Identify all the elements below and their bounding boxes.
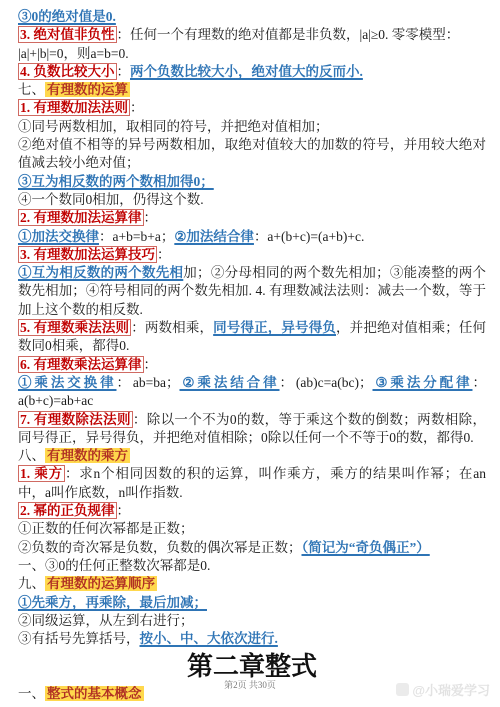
text-run: ： [144, 210, 158, 225]
boxed-heading: 2. 有理数加法运算律 [18, 209, 144, 226]
doc-line: ①互为相反数的两个数先相加；②分母相同的两个数先相加；③能凑整的两个数先相加；④… [18, 264, 486, 319]
key-term: ①先乘方，再乘除，最后加减； [18, 595, 207, 610]
doc-line: 4. 负数比较大小：两个负数比较大小，绝对值大的反而小. [18, 63, 486, 81]
doc-line: 九、有理数的运算顺序 [18, 575, 486, 593]
section-highlight: 有理数的运算 [45, 82, 130, 97]
text-run: ②绝对值不相等的异号两数相加，取绝对值较大的加数的符号，并用较大绝对值减去较小绝… [18, 137, 486, 170]
text-run: ： [130, 100, 144, 115]
text-run: |a|+|b|=0，则a=b=0. [18, 46, 129, 61]
page-number-text: 第2页 共30页 [224, 680, 276, 690]
boxed-heading: 2. 幂的正负规律 [18, 502, 117, 519]
doc-line: ④一个数同0相加，仍得这个数. [18, 191, 486, 209]
text-run: 九、 [18, 576, 45, 591]
text-run: 七、 [18, 82, 45, 97]
text-run: ①正数的任何次幂都是正数； [18, 521, 194, 536]
key-term: ③0的绝对值是0. [18, 9, 116, 24]
doc-line: ③0的绝对值是0. [18, 8, 486, 26]
doc-line: 7. 有理数除法法则：除以一个不为0的数，等于乘这个数的倒数；两数相除，同号得正… [18, 411, 486, 448]
text-run: 一、③0的任何正整数次幂都是0. [18, 558, 210, 573]
text-run: ：求n个相同因数的积的运算，叫作乘方，乘方的结果叫作幂；在an中，a叫作底数，n… [18, 466, 486, 499]
text-run: ：ab=ba； [116, 375, 179, 390]
text-run: ④一个数同0相加，仍得这个数. [18, 192, 204, 207]
document-body: ③0的绝对值是0.3. 绝对值非负性：任何一个有理数的绝对值都是非负数，|a|≥… [0, 0, 500, 704]
text-run: ： [144, 357, 158, 372]
text-run: ： [157, 247, 171, 262]
key-term: ①互为相反数的两个数先相 [18, 265, 183, 280]
doc-line: ②同级运算，从左到右进行； [18, 612, 486, 630]
text-run: ： [117, 503, 131, 518]
doc-line: ③互为相反数的两个数相加得0； [18, 173, 486, 191]
boxed-heading: 6. 有理数乘法运算律 [18, 356, 144, 373]
doc-line: ①乘法交换律：ab=ba；②乘法结合律：(ab)c=a(bc)；③乘法分配律：a… [18, 374, 486, 411]
key-term: ③乘法分配律 [372, 375, 472, 390]
doc-line: ③有括号先算括号，按小、中、大依次进行. [18, 630, 486, 648]
text-run: ①同号两数相加，取相同的符号，并把绝对值相加； [18, 119, 329, 134]
section-highlight: 有理数的运算顺序 [45, 576, 157, 591]
key-term: ①乘法交换律 [18, 375, 116, 390]
doc-line: ①同号两数相加，取相同的符号，并把绝对值相加； [18, 118, 486, 136]
key-term: ②加法结合律 [174, 229, 254, 244]
text-run: ： [117, 64, 131, 79]
watermark: @小瑞爱学习 [396, 680, 490, 699]
doc-line: 1. 有理数加法法则： [18, 99, 486, 117]
boxed-heading: 3. 绝对值非负性 [18, 26, 117, 43]
boxed-heading: 1. 乘方 [18, 465, 65, 482]
watermark-logo-icon [396, 683, 409, 696]
text-run: ②同级运算，从左到右进行； [18, 613, 194, 628]
key-term: ②乘法结合律 [180, 375, 280, 390]
boxed-heading: 4. 负数比较大小 [18, 63, 117, 80]
key-term: 同号得正，异号得负 [213, 320, 336, 335]
text-run: ：a+(b+c)=(a+b)+c. [254, 229, 364, 244]
text-run: 八、 [18, 448, 45, 463]
doc-line: ②绝对值不相等的异号两数相加，取绝对值较大的加数的符号，并用较大绝对值减去较小绝… [18, 136, 486, 173]
key-term: （简记为“奇负偶正”） [302, 540, 430, 555]
key-term: ③互为相反数的两个数相加得0； [18, 174, 214, 189]
key-term: 按小、中、大依次进行. [140, 631, 278, 646]
doc-line: 2. 幂的正负规律： [18, 502, 486, 520]
key-term: ①加法交换律 [18, 229, 99, 244]
text-run: ：任何一个有理数的绝对值都是非负数，|a|≥0. 零零模型： [117, 27, 460, 42]
doc-line: 七、有理数的运算 [18, 81, 486, 99]
key-term: 两个负数比较大小，绝对值大的反而小. [130, 64, 363, 79]
doc-line: ①先乘方，再乘除，最后加减； [18, 594, 486, 612]
text-run: ：两数相乘， [131, 320, 213, 335]
text-run: ③有括号先算括号， [18, 631, 140, 646]
text-run: ：a+b=b+a； [99, 229, 174, 244]
doc-line: 八、有理数的乘方 [18, 447, 486, 465]
boxed-heading: 1. 有理数加法法则 [18, 99, 130, 116]
boxed-heading: 7. 有理数除法法则 [18, 411, 133, 428]
doc-line: 3. 有理数加法运算技巧： [18, 246, 486, 264]
doc-line: ①正数的任何次幂都是正数； [18, 520, 486, 538]
doc-line: ①加法交换律：a+b=b+a；②加法结合律：a+(b+c)=(a+b)+c. [18, 228, 486, 246]
doc-line: 一、③0的任何正整数次幂都是0. [18, 557, 486, 575]
text-run: ：(ab)c=a(bc)； [280, 375, 373, 390]
doc-line: 1. 乘方：求n个相同因数的积的运算，叫作乘方，乘方的结果叫作幂；在an中，a叫… [18, 465, 486, 502]
watermark-handle: @小瑞爱学习 [412, 680, 490, 699]
doc-line: 2. 有理数加法运算律： [18, 209, 486, 227]
text-run: ②负数的奇次幂是负数，负数的偶次幂是正数； [18, 540, 302, 555]
boxed-heading: 3. 有理数加法运算技巧 [18, 246, 157, 263]
doc-line: 5. 有理数乘法法则：两数相乘，同号得正，异号得负，并把绝对值相乘；任何数同0相… [18, 319, 486, 356]
doc-line: ②负数的奇次幂是负数，负数的偶次幂是正数；（简记为“奇负偶正”） [18, 539, 486, 557]
boxed-heading: 5. 有理数乘法法则 [18, 319, 131, 336]
doc-line: 3. 绝对值非负性：任何一个有理数的绝对值都是非负数，|a|≥0. 零零模型： [18, 26, 486, 44]
doc-line: |a|+|b|=0，则a=b=0. [18, 45, 486, 63]
section-highlight: 有理数的乘方 [45, 448, 130, 463]
doc-line: 6. 有理数乘法运算律： [18, 356, 486, 374]
